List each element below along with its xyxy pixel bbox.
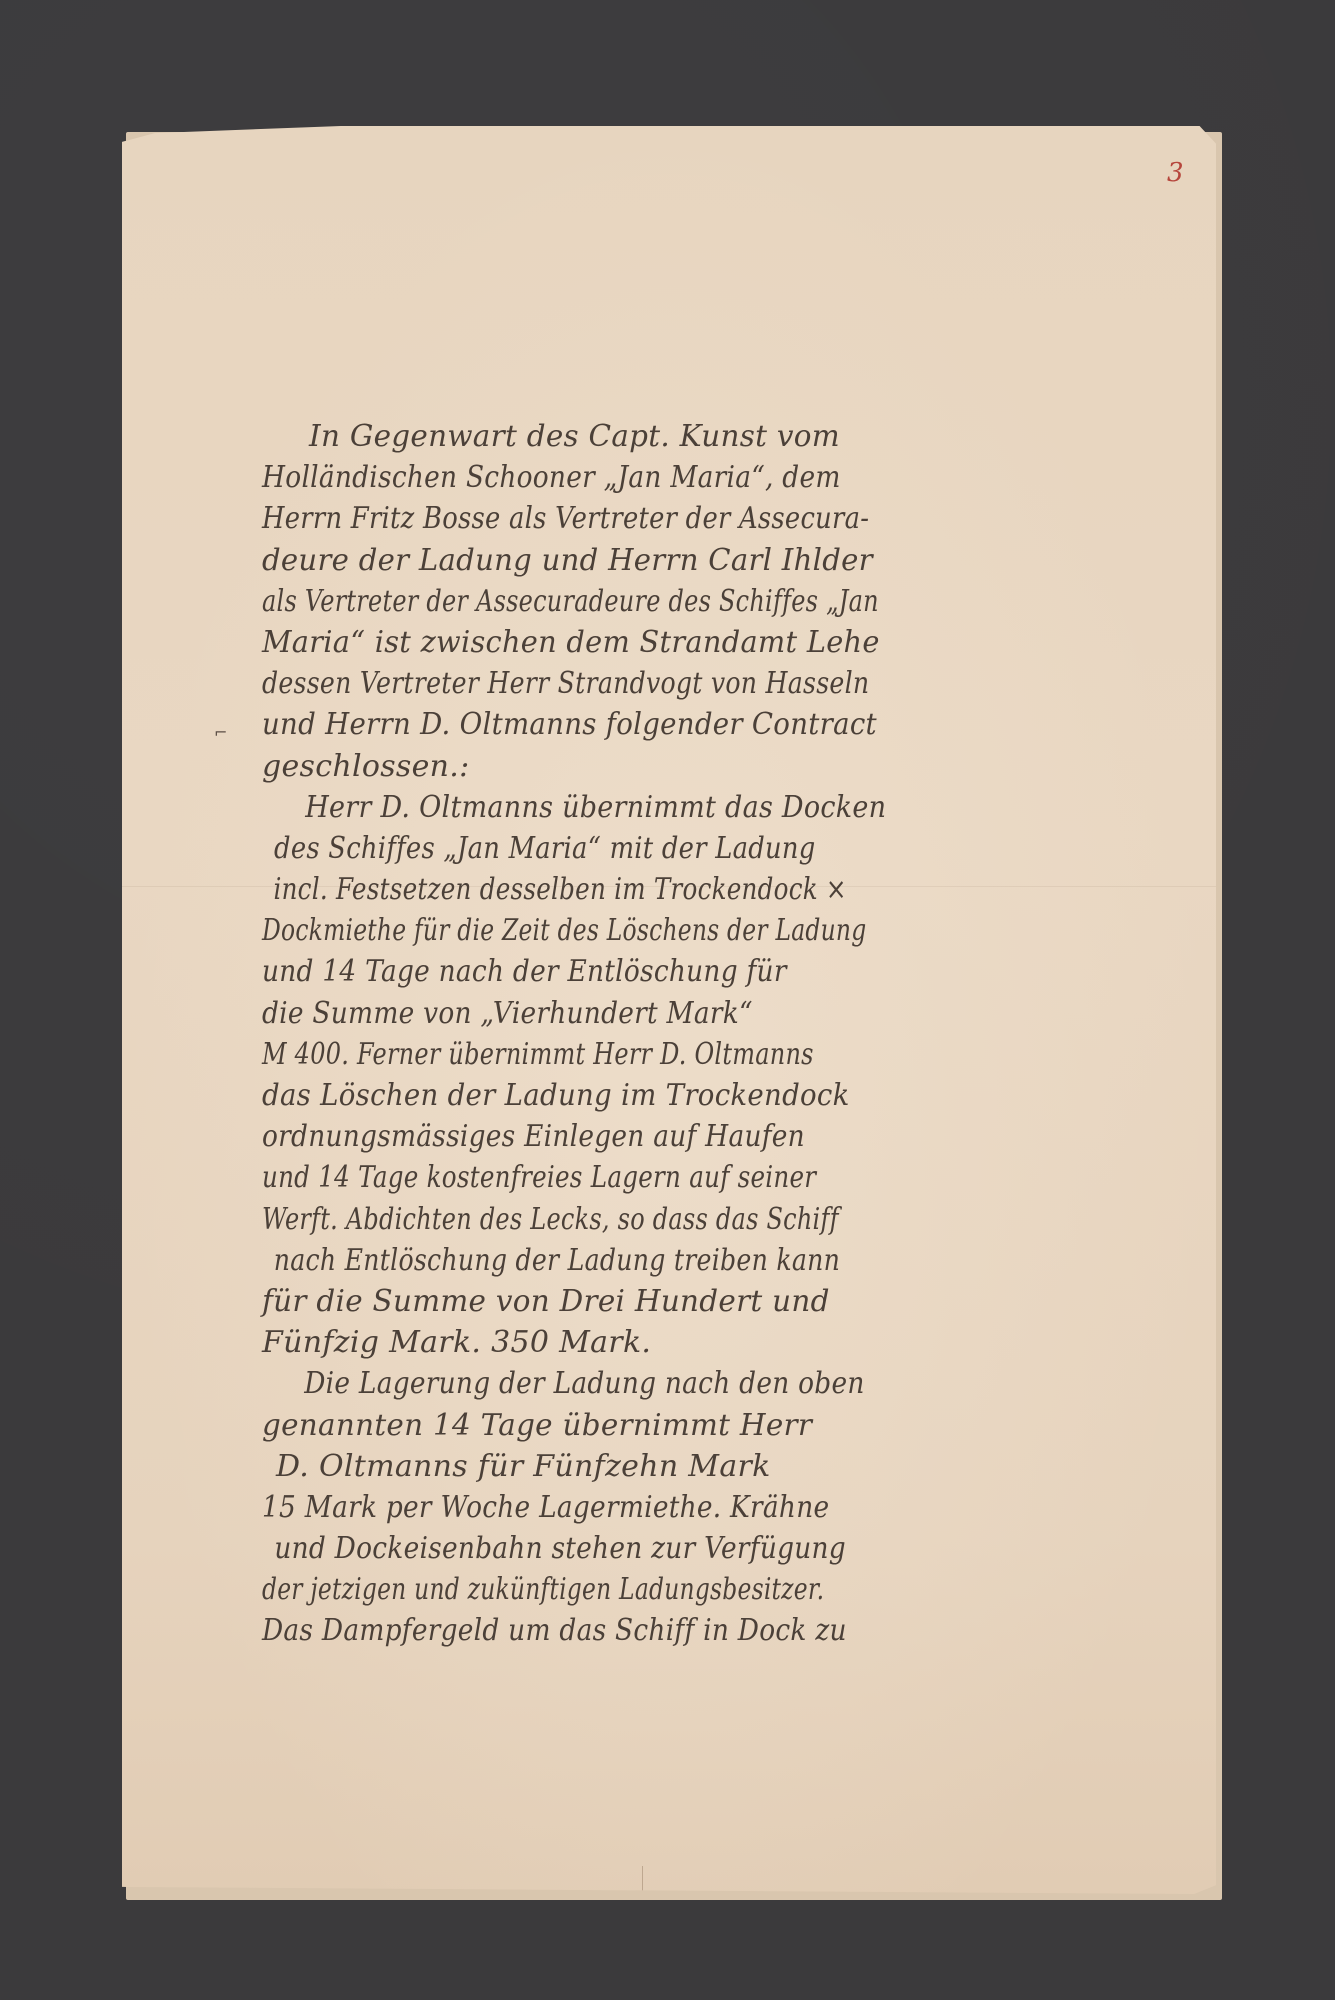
manuscript-page: 3 ⌐ In Gegenwart des Capt. Kunst vom Hol… [122,126,1216,1894]
text-line: als Vertreter der Assecuradeure des Schi… [262,581,1006,622]
text-line: Herr D. Oltmanns übernimmt das Docken [262,787,1099,828]
text-line: ordnungsmässiges Einlegen auf Haufen [262,1116,1080,1157]
text-line: Die Lagerung der Ladung nach den oben [262,1363,1080,1404]
text-line: und 14 Tage kostenfreies Lagern auf sein… [262,1157,1025,1198]
text-line: das Löschen der Ladung im Trockendock [262,1075,1118,1116]
text-line: und 14 Tage nach der Entlöschung für [262,951,1080,992]
page-number: 3 [1167,158,1184,188]
text-line: Fünfzig Mark. 350 Mark. [262,1322,1192,1363]
text-line: und Dockeisenbahn stehen zur Verfügung [262,1528,1080,1569]
text-line: incl. Festsetzen desselben im Trockendoc… [262,869,1025,910]
text-line: Dockmiethe für die Zeit des Löschens der… [262,910,987,951]
paper-tear [642,1866,673,1894]
handwritten-contract-text: In Gegenwart des Capt. Kunst vom Holländ… [262,416,1192,1652]
text-line: M 400. Ferner übernimmt Herr D. Oltmanns [262,1034,1006,1075]
text-line: In Gegenwart des Capt. Kunst vom [262,416,1173,457]
text-line: Maria“ ist zwischen dem Strandamt Lehe [262,622,1155,663]
text-line: Werft. Abdichten des Lecks, so dass das … [262,1199,1006,1240]
text-line: Herrn Fritz Bosse als Vertreter der Asse… [262,498,1062,539]
text-line: die Summe von „Vierhundert Mark“ [262,993,1080,1034]
text-line: Holländischen Schooner „Jan Maria“, dem [262,457,1080,498]
text-line: genannten 14 Tage übernimmt Herr [262,1405,1173,1446]
text-line: D. Oltmanns für Fünfzehn Mark [262,1446,1192,1487]
text-line: geschlossen.: [262,746,1192,787]
text-line: des Schiffes „Jan Maria“ mit der Ladung [262,828,1062,869]
text-line: Das Dampfergeld um das Schiff in Dock zu [262,1610,1080,1651]
text-line: deure der Ladung und Herrn Carl Ihlder [262,540,1164,581]
text-line: der jetzigen und zukünftigen Ladungsbesi… [262,1569,987,1610]
margin-insertion-mark: ⌐ [214,723,227,742]
text-line: und Herrn D. Oltmanns folgender Contract [262,704,1118,745]
text-line: 15 Mark per Woche Lagermiethe. Krähne [262,1487,1080,1528]
text-line: nach Entlöschung der Ladung treiben kann [262,1240,1043,1281]
text-line: für die Summe von Drei Hundert und [262,1281,1173,1322]
text-line: dessen Vertreter Herr Strandvogt von Has… [262,663,1043,704]
